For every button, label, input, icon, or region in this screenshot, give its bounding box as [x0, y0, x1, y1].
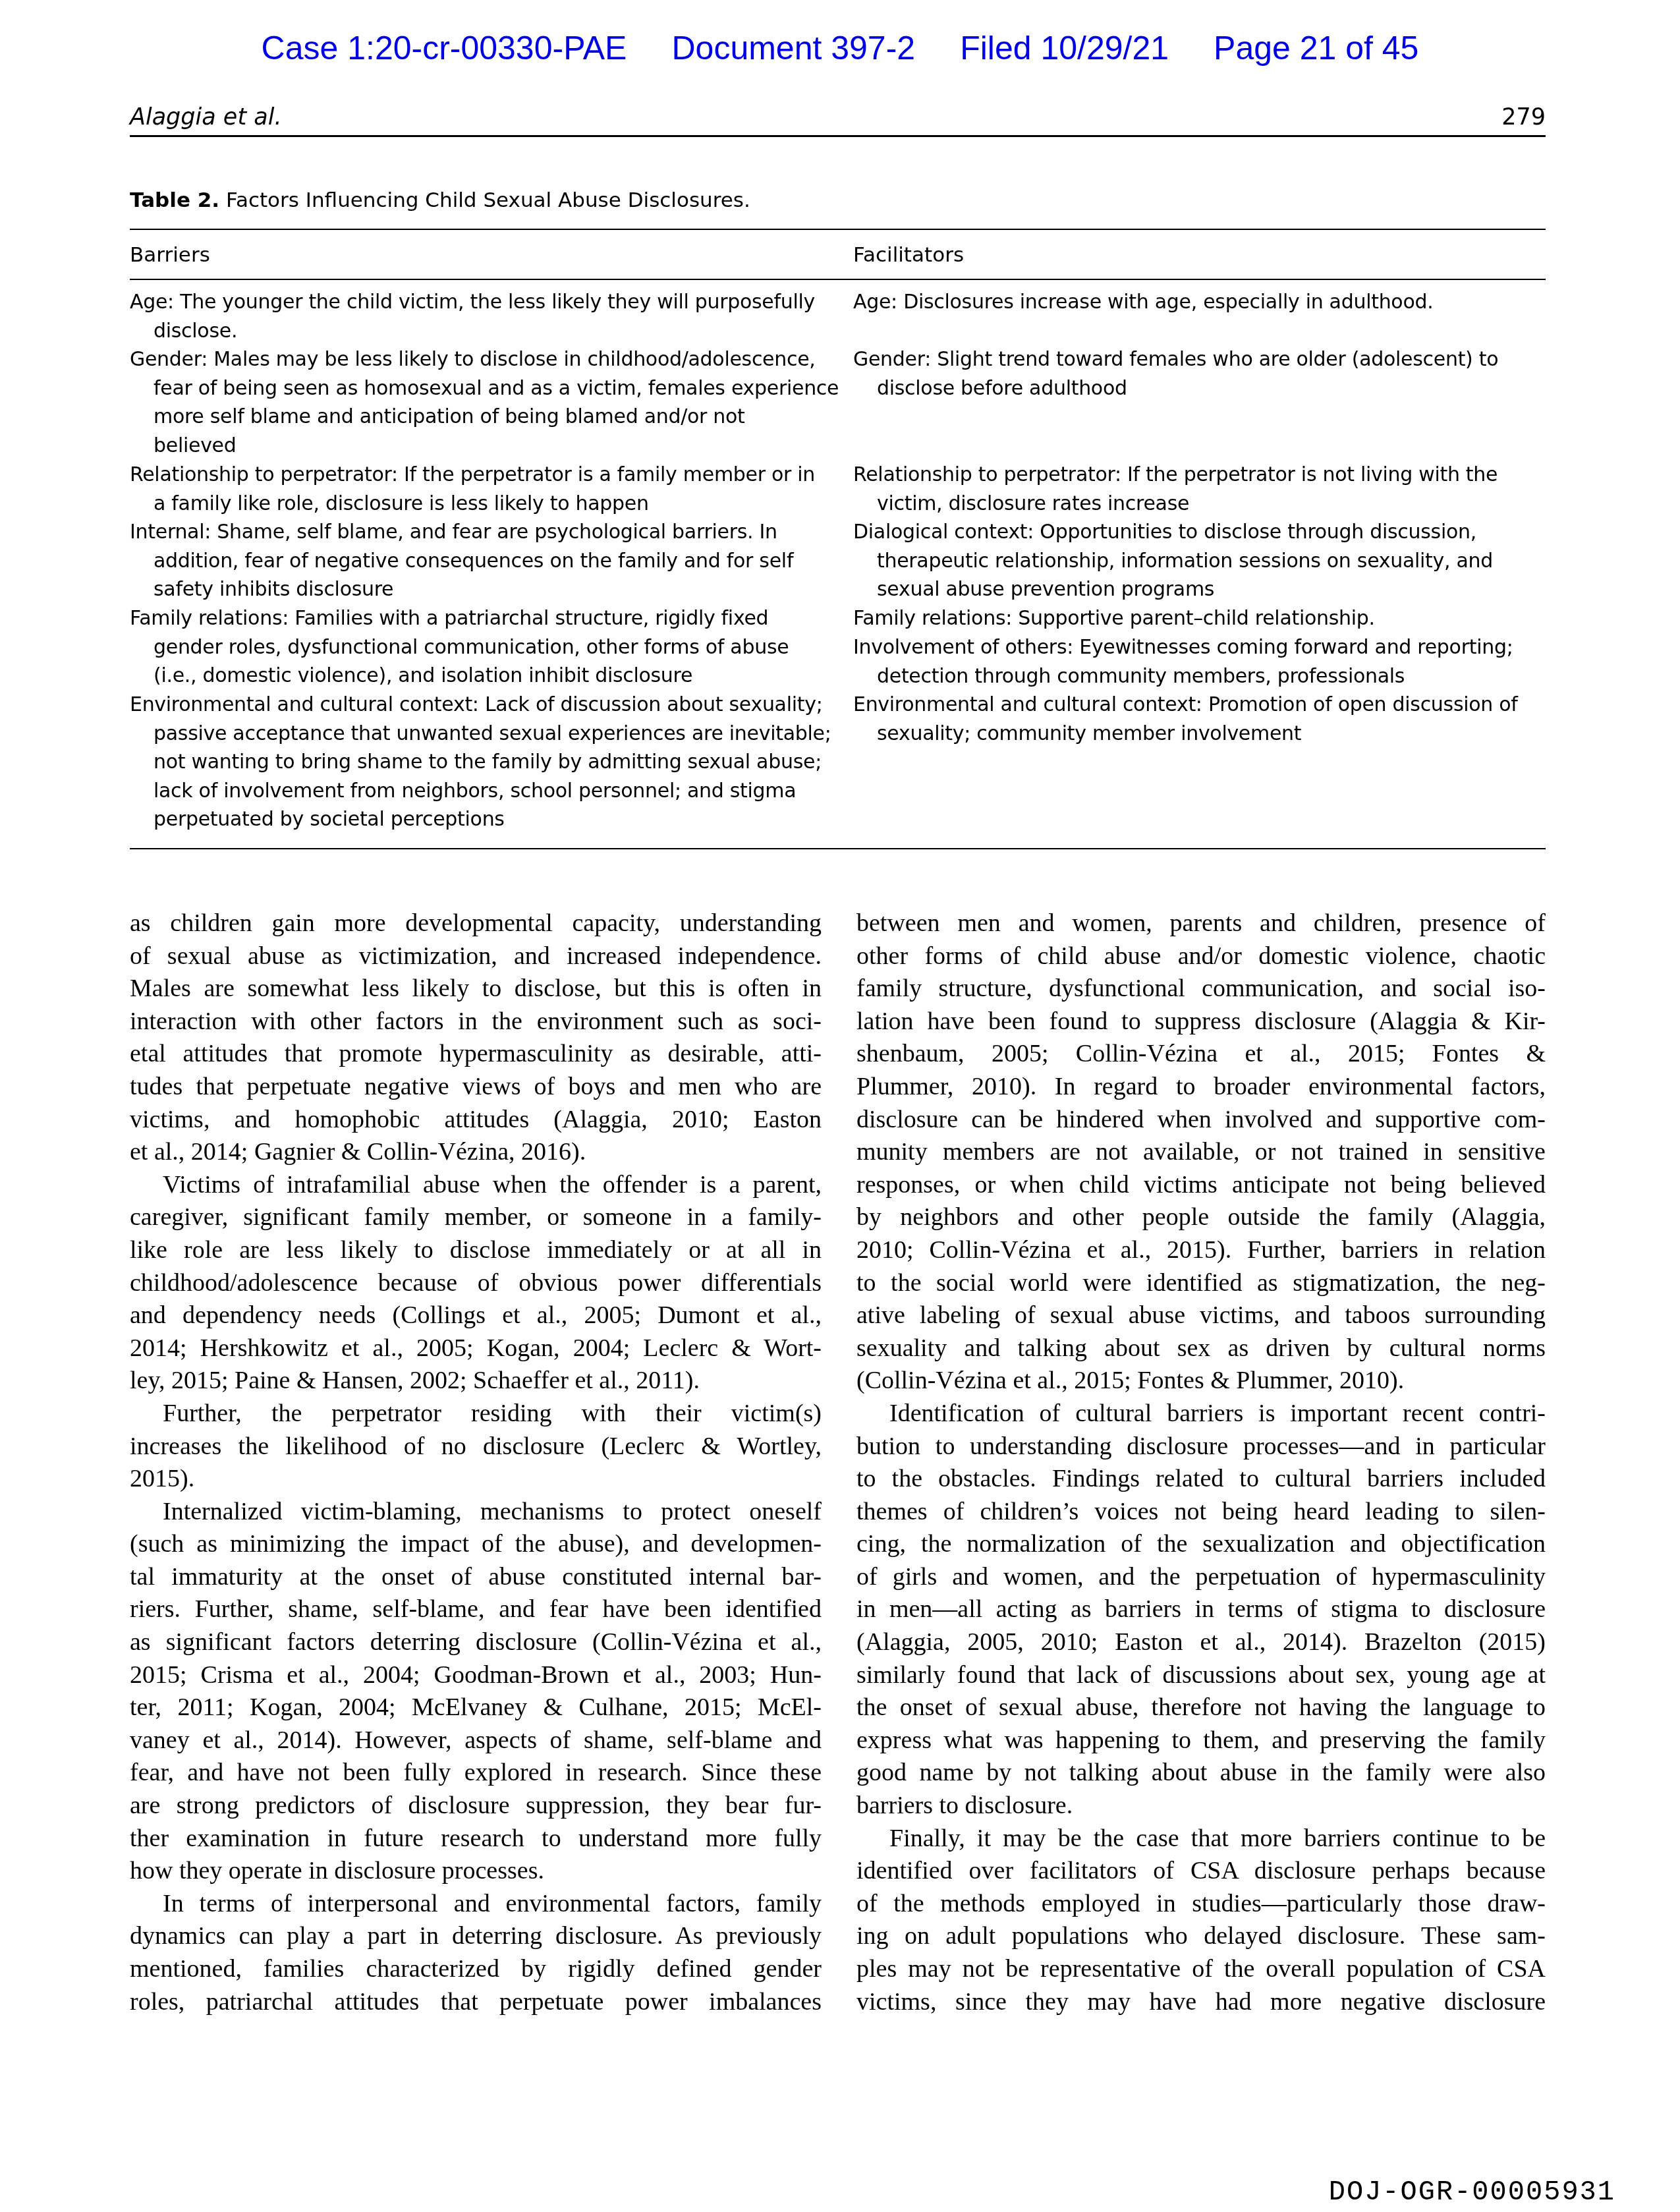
- barriers-cell: Internal: Shame, self blame, and fear ar…: [130, 518, 828, 604]
- text-line: in men—all acting as barriers in terms o…: [856, 1593, 1546, 1626]
- text-line: (such as minimizing the impact of the ab…: [130, 1528, 822, 1561]
- text-line: ter, 2011; Kogan, 2004; McElvaney & Culh…: [130, 1691, 822, 1724]
- text-line: victims, since they may have had more ne…: [856, 1986, 1546, 2019]
- facilitators-cell: Involvement of others: Eyewitnesses comi…: [853, 633, 1548, 691]
- paragraph-start-line: Further, the perpetrator residing with t…: [130, 1398, 822, 1431]
- barriers-cell: Family relations: Families with a patria…: [130, 604, 828, 691]
- cell-line: Environmental and cultural context: Lack…: [130, 691, 828, 720]
- cell-line: gender roles, dysfunctional communicatio…: [130, 633, 828, 662]
- table-top-rule: [130, 229, 1546, 230]
- text-line: 2014; Hershkowitz et al., 2005; Kogan, 2…: [130, 1332, 822, 1365]
- text-line: increases the likelihood of no disclosur…: [130, 1431, 822, 1463]
- court-filing-stamp: Case 1:20-cr-00330-PAEDocument 397-2File…: [0, 29, 1680, 67]
- cell-line: addition, fear of negative consequences …: [130, 547, 828, 576]
- cell-line: detection through community members, pro…: [853, 662, 1548, 691]
- text-line: family structure, dysfunctional communic…: [856, 973, 1546, 1006]
- cell-line: Age: Disclosures increase with age, espe…: [853, 288, 1548, 317]
- cell-line: Internal: Shame, self blame, and fear ar…: [130, 518, 828, 547]
- text-line: good name by not talking about abuse in …: [856, 1757, 1546, 1790]
- cell-line: Family relations: Supportive parent–chil…: [853, 604, 1548, 633]
- text-line: disclosure can be hindered when involved…: [856, 1104, 1546, 1137]
- text-line: of girls and women, and the perpetuation…: [856, 1561, 1546, 1594]
- text-line: (Collin-Vézina et al., 2015; Fontes & Pl…: [856, 1365, 1546, 1398]
- text-line: etal attitudes that promote hypermasculi…: [130, 1038, 822, 1071]
- text-line: like role are less likely to disclose im…: [130, 1234, 822, 1267]
- text-line: ples may not be representative of the ov…: [856, 1953, 1546, 1986]
- cell-line: a family like role, disclosure is less l…: [130, 490, 828, 519]
- header-rule: [130, 135, 1546, 137]
- cell-line: passive acceptance that unwanted sexual …: [130, 720, 828, 749]
- table-header-rule: [130, 279, 1546, 280]
- paragraph-start-line: Victims of intrafamilial abuse when the …: [130, 1169, 822, 1202]
- cell-line: (i.e., domestic violence), and isolation…: [130, 662, 828, 691]
- filed-date: Filed 10/29/21: [960, 30, 1169, 67]
- facilitators-cell: Family relations: Supportive parent–chil…: [853, 604, 1548, 633]
- table-bottom-rule: [130, 848, 1546, 849]
- column-header-facilitators: Facilitators: [853, 243, 964, 267]
- text-line: tal immaturity at the onset of abuse con…: [130, 1561, 822, 1594]
- text-line: as children gain more developmental capa…: [130, 907, 822, 940]
- paragraph-start-line: Finally, it may be the case that more ba…: [856, 1823, 1546, 1856]
- cell-line: Relationship to perpetrator: If the perp…: [130, 461, 828, 490]
- text-line: ative labeling of sexual abuse victims, …: [856, 1299, 1546, 1332]
- cell-line: sexuality; community member involvement: [853, 720, 1548, 749]
- journal-page-number: 279: [1501, 104, 1546, 130]
- cell-line: fear of being seen as homosexual and as …: [130, 374, 828, 403]
- barriers-cell: Relationship to perpetrator: If the perp…: [130, 461, 828, 518]
- paragraph-start-line: Internalized victim-blaming, mechanisms …: [130, 1496, 822, 1529]
- cell-line: not wanting to bring shame to the family…: [130, 748, 828, 777]
- text-line: roles, patriarchal attitudes that perpet…: [130, 1986, 822, 2019]
- text-line: other forms of child abuse and/or domest…: [856, 940, 1546, 973]
- facilitators-cell: Dialogical context: Opportunities to dis…: [853, 518, 1548, 604]
- barriers-cell: Age: The younger the child victim, the l…: [130, 288, 828, 345]
- text-line: fear, and have not been fully explored i…: [130, 1757, 822, 1790]
- text-line: tudes that perpetuate negative views of …: [130, 1071, 822, 1104]
- cell-line: disclose.: [130, 317, 828, 346]
- paragraph-start-line: Identification of cultural barriers is i…: [856, 1398, 1546, 1431]
- text-line: are strong predictors of disclosure supp…: [130, 1790, 822, 1823]
- cell-line: believed: [130, 432, 828, 461]
- table-label: Table 2.: [130, 188, 219, 212]
- text-line: vaney et al., 2014). However, aspects of…: [130, 1724, 822, 1757]
- text-line: ing on adult populations who delayed dis…: [856, 1920, 1546, 1953]
- text-line: of sexual abuse as victimization, and in…: [130, 940, 822, 973]
- barriers-cell: Environmental and cultural context: Lack…: [130, 691, 828, 834]
- text-line: how they operate in disclosure processes…: [130, 1855, 822, 1888]
- text-line: (Alaggia, 2005, 2010; Easton et al., 201…: [856, 1626, 1546, 1659]
- bates-number: DOJ-OGR-00005931: [1329, 2176, 1615, 2208]
- column-header-barriers: Barriers: [130, 243, 210, 267]
- cell-line: Dialogical context: Opportunities to dis…: [853, 518, 1548, 547]
- text-line: cing, the normalization of the sexualiza…: [856, 1528, 1546, 1561]
- cell-line: Gender: Slight trend toward females who …: [853, 345, 1548, 374]
- text-line: lation have been found to suppress discl…: [856, 1006, 1546, 1038]
- text-line: sexuality and talking about sex as drive…: [856, 1332, 1546, 1365]
- cell-line: safety inhibits disclosure: [130, 575, 828, 604]
- text-line: Plummer, 2010). In regard to broader env…: [856, 1071, 1546, 1104]
- document-number: Document 397-2: [671, 30, 915, 67]
- cell-line: lack of involvement from neighbors, scho…: [130, 777, 828, 806]
- text-line: themes of children’s voices not being he…: [856, 1496, 1546, 1529]
- text-line: of the methods employed in studies—parti…: [856, 1888, 1546, 1921]
- cell-line: Involvement of others: Eyewitnesses comi…: [853, 633, 1548, 662]
- cell-line: perpetuated by societal perceptions: [130, 805, 828, 834]
- text-line: responses, or when child victims anticip…: [856, 1169, 1546, 1202]
- running-head-authors: Alaggia et al.: [130, 104, 282, 130]
- case-number: Case 1:20-cr-00330-PAE: [262, 30, 627, 67]
- facilitators-cell: Environmental and cultural context: Prom…: [853, 691, 1548, 748]
- cell-line: Age: The younger the child victim, the l…: [130, 288, 828, 317]
- text-line: identified over facilitators of CSA disc…: [856, 1855, 1546, 1888]
- text-line: interaction with other factors in the en…: [130, 1006, 822, 1038]
- page-of-total: Page 21 of 45: [1214, 30, 1418, 67]
- text-line: et al., 2014; Gagnier & Collin-Vézina, 2…: [130, 1136, 822, 1169]
- text-line: as significant factors deterring disclos…: [130, 1626, 822, 1659]
- text-line: to the obstacles. Findings related to cu…: [856, 1463, 1546, 1496]
- cell-line: Gender: Males may be less likely to disc…: [130, 345, 828, 374]
- text-line: barriers to disclosure.: [856, 1790, 1546, 1823]
- text-line: munity members are not available, or not…: [856, 1136, 1546, 1169]
- cell-line: disclose before adulthood: [853, 374, 1548, 403]
- facilitators-cell: Age: Disclosures increase with age, espe…: [853, 288, 1548, 317]
- text-line: 2015; Crisma et al., 2004; Goodman-Brown…: [130, 1659, 822, 1692]
- text-line: the onset of sexual abuse, therefore not…: [856, 1691, 1546, 1724]
- text-line: childhood/adolescence because of obvious…: [130, 1267, 822, 1300]
- barriers-cell: Gender: Males may be less likely to disc…: [130, 345, 828, 460]
- text-line: mentioned, families characterized by rig…: [130, 1953, 822, 1986]
- text-line: 2015).: [130, 1463, 822, 1496]
- cell-line: sexual abuse prevention programs: [853, 575, 1548, 604]
- text-line: ley, 2015; Paine & Hansen, 2002; Schaeff…: [130, 1365, 822, 1398]
- text-line: by neighbors and other people outside th…: [856, 1201, 1546, 1234]
- paragraph-start-line: In terms of interpersonal and environmen…: [130, 1888, 822, 1921]
- text-line: riers. Further, shame, self-blame, and f…: [130, 1593, 822, 1626]
- cell-line: victim, disclosure rates increase: [853, 490, 1548, 519]
- table-caption-text: Factors Influencing Child Sexual Abuse D…: [226, 188, 750, 212]
- facilitators-cell: Relationship to perpetrator: If the perp…: [853, 461, 1548, 518]
- text-line: between men and women, parents and child…: [856, 907, 1546, 940]
- cell-line: Environmental and cultural context: Prom…: [853, 691, 1548, 720]
- facilitators-cell: Gender: Slight trend toward females who …: [853, 345, 1548, 403]
- cell-line: more self blame and anticipation of bein…: [130, 403, 828, 432]
- text-line: ther examination in future research to u…: [130, 1823, 822, 1856]
- text-line: 2010; Collin-Vézina et al., 2015). Furth…: [856, 1234, 1546, 1267]
- text-line: dynamics can play a part in deterring di…: [130, 1920, 822, 1953]
- body-left-column: as children gain more developmental capa…: [130, 907, 822, 2018]
- text-line: to the social world were identified as s…: [856, 1267, 1546, 1300]
- table-caption: Table 2. Factors Influencing Child Sexua…: [130, 188, 750, 212]
- body-right-column: between men and women, parents and child…: [856, 907, 1546, 2018]
- cell-line: therapeutic relationship, information se…: [853, 547, 1548, 576]
- text-line: express what was happening to them, and …: [856, 1724, 1546, 1757]
- text-line: caregiver, significant family member, or…: [130, 1201, 822, 1234]
- cell-line: Family relations: Families with a patria…: [130, 604, 828, 633]
- cell-line: Relationship to perpetrator: If the perp…: [853, 461, 1548, 490]
- text-line: victims, and homophobic attitudes (Alagg…: [130, 1104, 822, 1137]
- text-line: bution to understanding disclosure proce…: [856, 1431, 1546, 1463]
- text-line: shenbaum, 2005; Collin-Vézina et al., 20…: [856, 1038, 1546, 1071]
- text-line: similarly found that lack of discussions…: [856, 1659, 1546, 1692]
- text-line: and dependency needs (Collings et al., 2…: [130, 1299, 822, 1332]
- text-line: Males are somewhat less likely to disclo…: [130, 973, 822, 1006]
